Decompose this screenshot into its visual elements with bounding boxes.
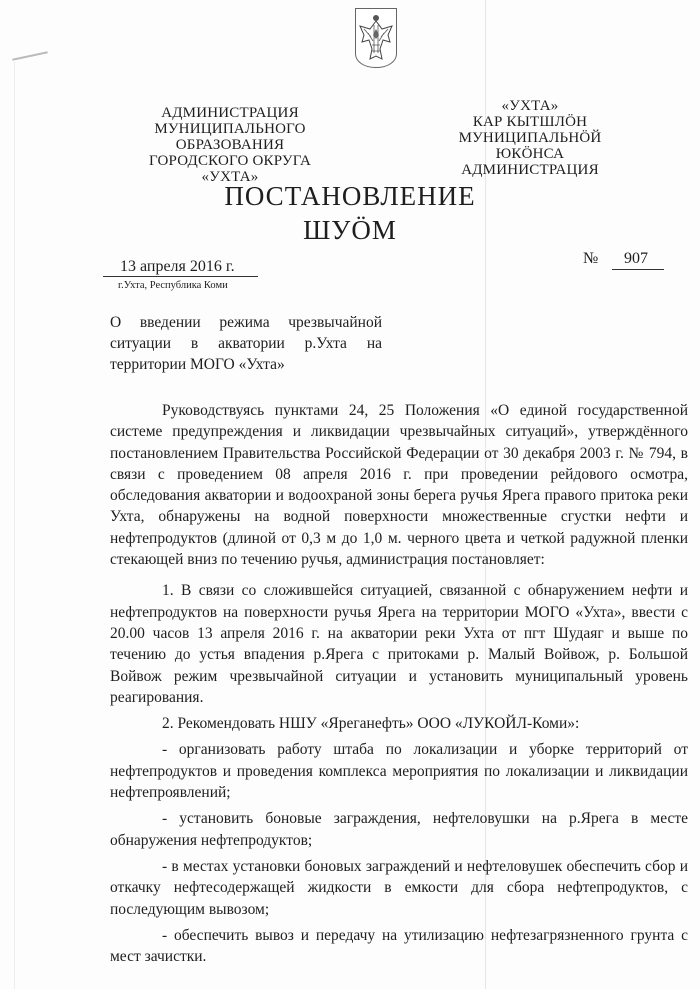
org-ru-line-1: АДМИНИСТРАЦИЯ bbox=[110, 105, 350, 121]
subject-line-3: территории МОГО «Ухта» bbox=[110, 354, 382, 375]
org-ru-line-2: МУНИЦИПАЛЬНОГО ОБРАЗОВАНИЯ bbox=[110, 121, 350, 153]
document-title: ПОСТАНОВЛЕНИЕ bbox=[0, 181, 700, 212]
item-1-paragraph: 1. В связи со сложившейся ситуацией, свя… bbox=[110, 580, 688, 708]
org-ru-line-3: ГОРОДСКОГО ОКРУГА bbox=[110, 153, 350, 169]
document-date: 13 апреля 2016 г. bbox=[120, 258, 235, 276]
number-sign: № bbox=[583, 250, 598, 268]
document-place: г.Ухта, Республика Коми bbox=[118, 280, 228, 291]
org-komi-line-1: «УХТА» bbox=[430, 98, 630, 114]
item-2-paragraph: 2. Рекомендовать НШУ «Яреганефть» ООО «Л… bbox=[110, 713, 688, 734]
document-subject: О введении режима чрезвычайной ситуации … bbox=[110, 312, 382, 375]
org-komi-line-2: КАР КЫТШЛÖН bbox=[430, 114, 630, 130]
subject-line-1: О введении режима чрезвычайной bbox=[110, 312, 382, 333]
document-number: 907 bbox=[624, 250, 648, 268]
document-page: АДМИНИСТРАЦИЯ МУНИЦИПАЛЬНОГО ОБРАЗОВАНИЯ… bbox=[0, 0, 700, 989]
staple-mark bbox=[12, 51, 48, 60]
document-title-komi: ШУÖМ bbox=[0, 215, 700, 246]
subitem-paragraph: - обеспечить вывоз и передачу на утилиза… bbox=[110, 925, 688, 968]
org-name-komi: «УХТА» КАР КЫТШЛÖН МУНИЦИПАЛЬНÖЙ ЮКÖНСА … bbox=[430, 98, 630, 178]
number-underline bbox=[612, 269, 664, 270]
komi-republic-coat-of-arms-icon bbox=[355, 8, 397, 68]
subject-line-2: ситуации в акватории р.Ухта на bbox=[110, 333, 382, 354]
coat-of-arms-graphic bbox=[356, 9, 396, 67]
document-body: Руководствуясь пунктами 24, 25 Положения… bbox=[110, 400, 688, 967]
org-komi-line-4: АДМИНИСТРАЦИЯ bbox=[430, 162, 630, 178]
preamble-paragraph: Руководствуясь пунктами 24, 25 Положения… bbox=[110, 400, 688, 570]
org-name-russian: АДМИНИСТРАЦИЯ МУНИЦИПАЛЬНОГО ОБРАЗОВАНИЯ… bbox=[110, 105, 350, 185]
org-komi-line-3: МУНИЦИПАЛЬНÖЙ ЮКÖНСА bbox=[430, 130, 630, 162]
subitem-paragraph: - организовать работу штаба по локализац… bbox=[110, 739, 688, 803]
subitem-paragraph: - в местах установки боновых заграждений… bbox=[110, 856, 688, 920]
date-underline bbox=[103, 276, 258, 277]
subitem-paragraph: - установить боновые заграждения, нефтел… bbox=[110, 808, 688, 851]
